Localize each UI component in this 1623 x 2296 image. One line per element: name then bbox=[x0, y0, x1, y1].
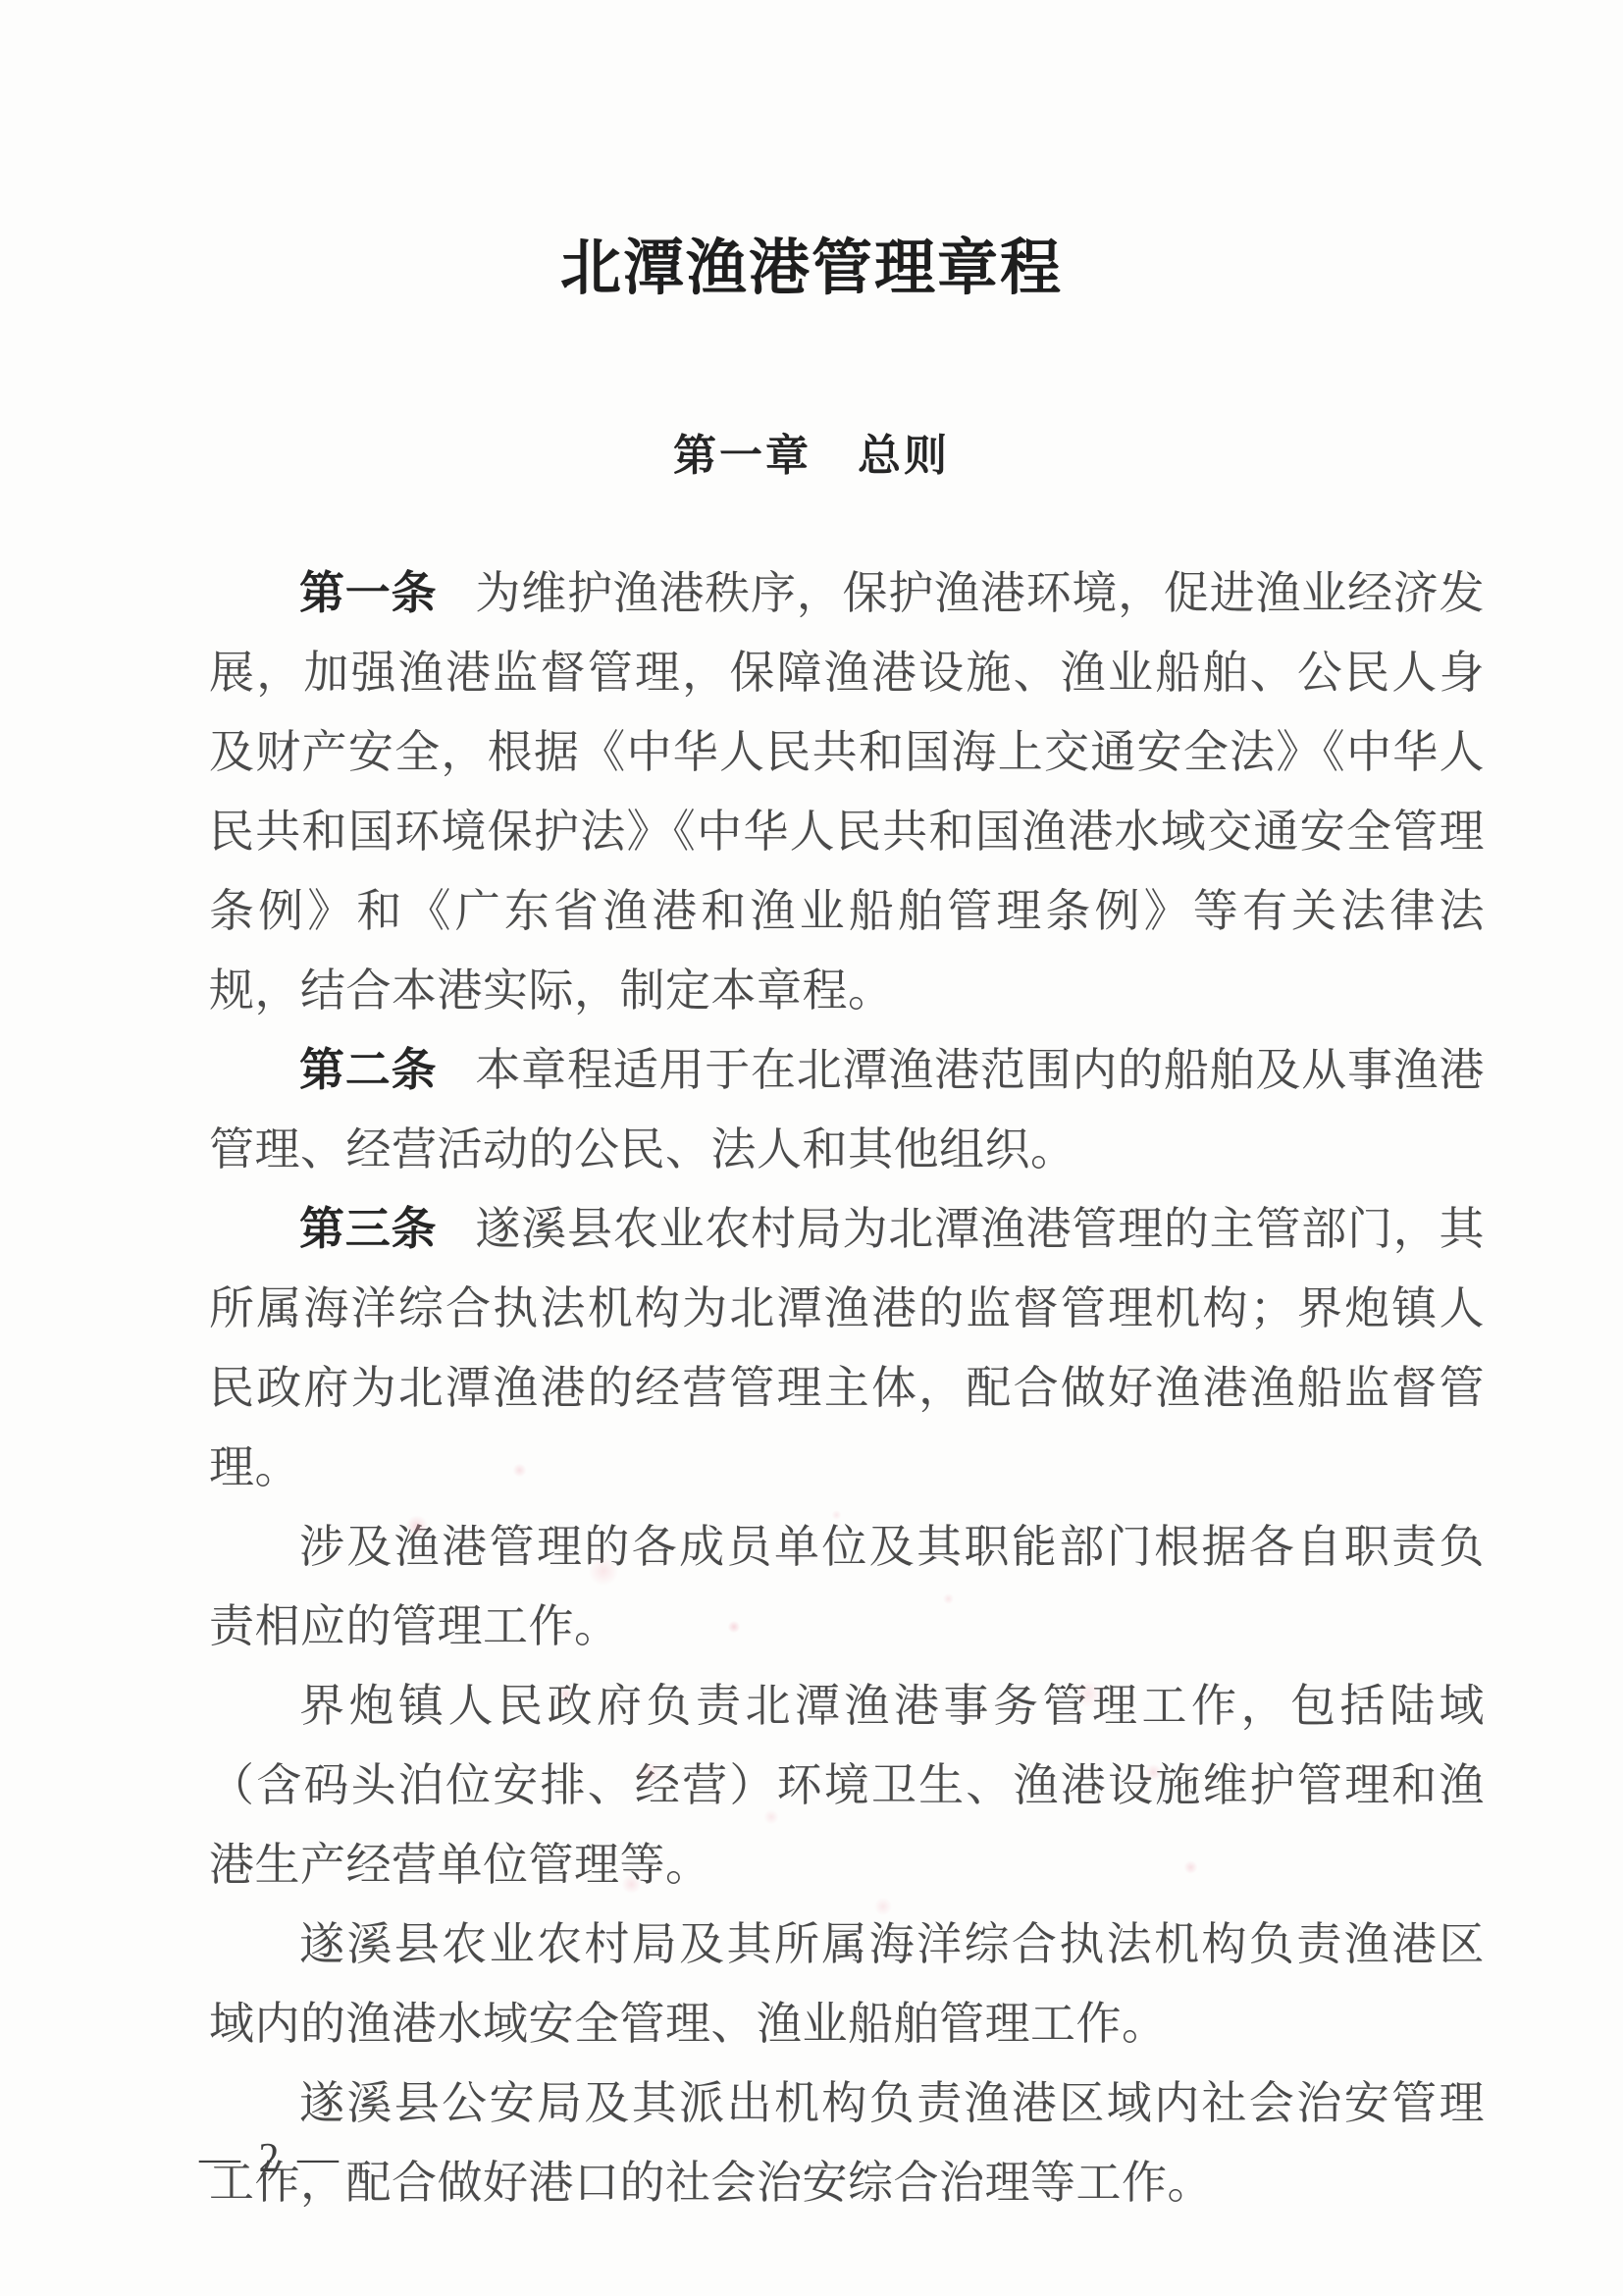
paragraph-text: 涉及渔港管理的各成员单位及其职能部门根据各自职责负责相应的管理工作。 bbox=[209, 1522, 1485, 1651]
article-number: 第三条 bbox=[299, 1203, 437, 1254]
article-number: 第一条 bbox=[299, 567, 437, 618]
paragraph: 第二条本章程适用于在北潭渔港范围内的船舶及从事渔港管理、经营活动的公民、法人和其… bbox=[209, 1030, 1485, 1189]
paragraph-text: 界炮镇人民政府负责北潭渔港事务管理工作，包括陆域（含码头泊位安排、经营）环境卫生… bbox=[209, 1681, 1485, 1890]
scanned-document-page: 北潭渔港管理章程 第一章 总则 第一条为维护渔港秩序，保护渔港环境，促进渔业经济… bbox=[0, 0, 1623, 2296]
page-number-footer: — 2 — bbox=[199, 2135, 342, 2182]
paragraph: 涉及渔港管理的各成员单位及其职能部门根据各自职责负责相应的管理工作。 bbox=[209, 1507, 1485, 1666]
paragraph-text: 为维护渔港秩序，保护渔港环境，促进渔业经济发展，加强渔港监督管理，保障渔港设施、… bbox=[209, 568, 1485, 1016]
paragraph-text: 遂溪县公安局及其派出机构负责渔港区域内社会治安管理工作，配合做好港口的社会治安综… bbox=[209, 2078, 1485, 2208]
document-body: 第一条为维护渔港秩序，保护渔港环境，促进渔业经济发展，加强渔港监督管理，保障渔港… bbox=[209, 553, 1485, 2222]
document-title: 北潭渔港管理章程 bbox=[0, 237, 1623, 300]
paragraph: 遂溪县公安局及其派出机构负责渔港区域内社会治安管理工作，配合做好港口的社会治安综… bbox=[209, 2063, 1485, 2222]
paragraph-text: 遂溪县农业农村局及其所属海洋综合执法机构负责渔港区域内的渔港水域安全管理、渔业船… bbox=[209, 1919, 1485, 2049]
article-number: 第二条 bbox=[299, 1044, 437, 1095]
chapter-heading: 第一章 总则 bbox=[0, 433, 1623, 480]
paragraph: 第一条为维护渔港秩序，保护渔港环境，促进渔业经济发展，加强渔港监督管理，保障渔港… bbox=[209, 553, 1485, 1030]
paragraph: 界炮镇人民政府负责北潭渔港事务管理工作，包括陆域（含码头泊位安排、经营）环境卫生… bbox=[209, 1666, 1485, 1905]
paragraph: 遂溪县农业农村局及其所属海洋综合执法机构负责渔港区域内的渔港水域安全管理、渔业船… bbox=[209, 1905, 1485, 2063]
paragraph: 第三条遂溪县农业农村局为北潭渔港管理的主管部门，其所属海洋综合执法机构为北潭渔港… bbox=[209, 1189, 1485, 1507]
